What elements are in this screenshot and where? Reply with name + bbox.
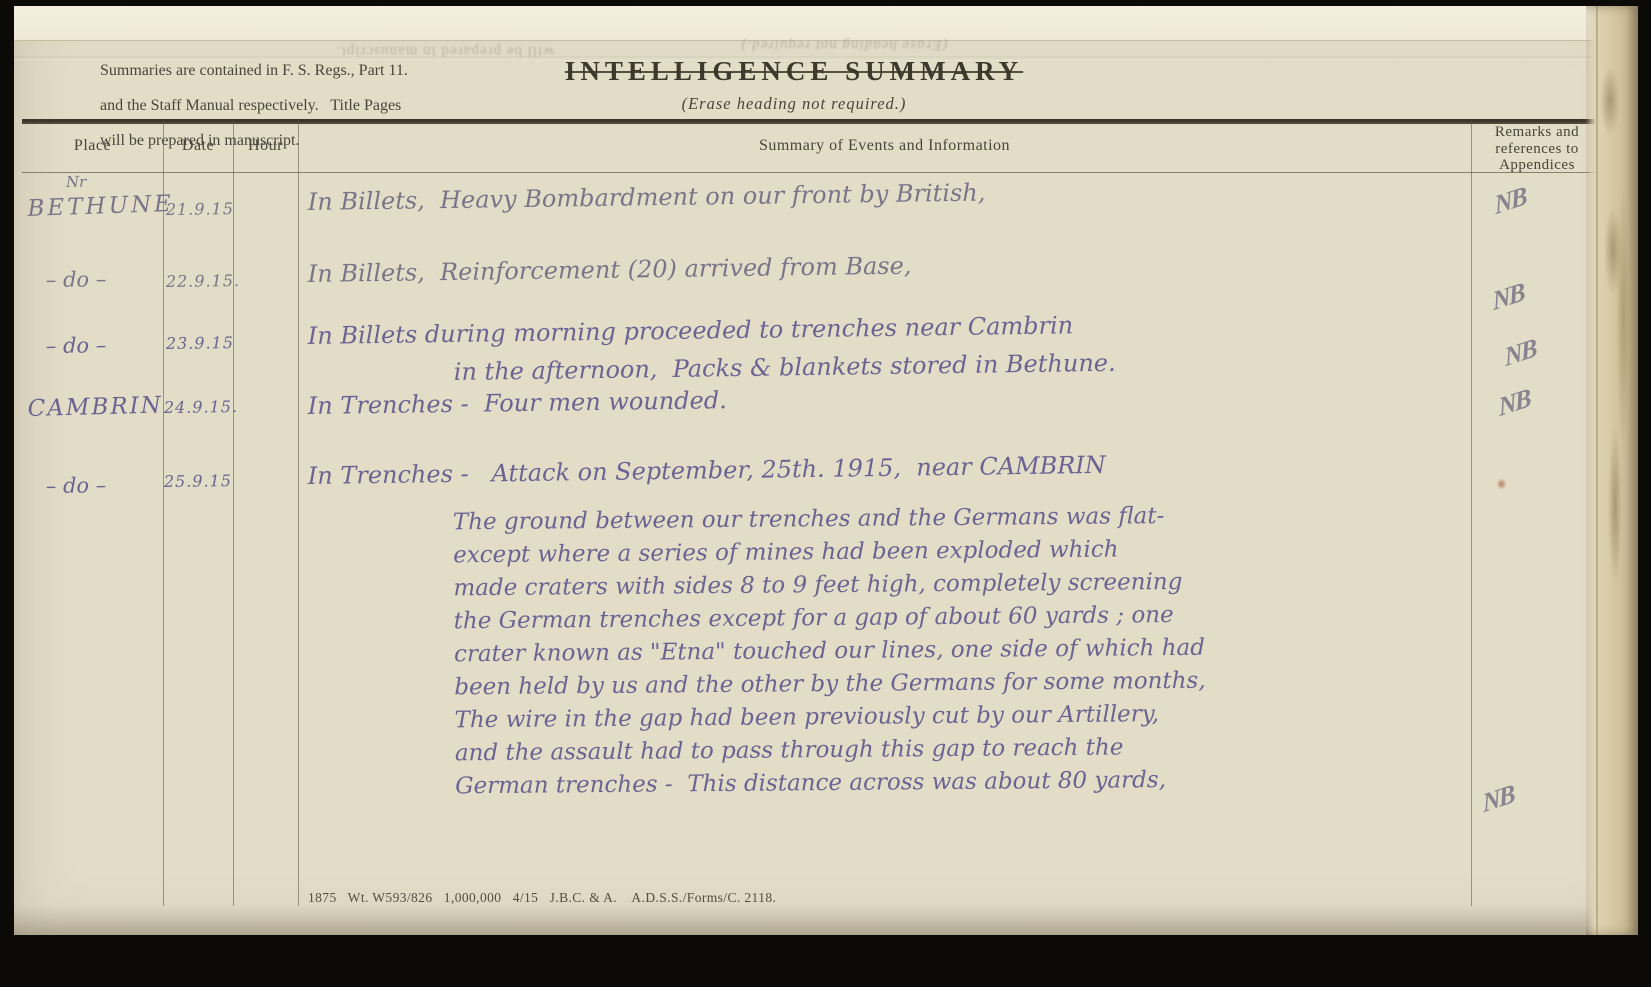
form-subtitle: (Erase heading not required.) (494, 94, 1094, 114)
column-header-summary: Summary of Events and Information (298, 137, 1471, 155)
entry-date: 22.9.15. (166, 271, 240, 291)
table-column-divider (1471, 120, 1472, 906)
page-bottom-shadow (14, 905, 1638, 935)
column-header-place: Place (22, 137, 163, 155)
table-top-rule (22, 119, 1600, 124)
entry-initials: NB (1497, 383, 1531, 423)
remarks-header-line: references to (1495, 141, 1579, 157)
entry-summary: In Trenches - Four men wounded. (308, 386, 727, 420)
form-imprint: 1875 Wt. W593/826 1,000,000 4/15 J.B.C. … (308, 890, 776, 906)
entry-summary: in the afternoon, Packs & blankets store… (454, 349, 1116, 386)
entry-initials: NB (1503, 333, 1537, 373)
entry-place: – do – (46, 333, 107, 358)
table-header-rule (22, 172, 1600, 173)
table-column-divider (163, 120, 164, 906)
ghost-print-through: (Erase heading not required.) (714, 36, 974, 53)
entry-narrative: The ground between our trenches and the … (453, 498, 1446, 804)
entry-date: 23.9.15 (166, 333, 234, 353)
entry-summary: In Billets during morning proceeded to t… (308, 311, 1074, 350)
column-header-remarks: Remarks and references to Appendices (1471, 124, 1603, 174)
entry-place: – do – (46, 267, 107, 292)
table-column-divider (298, 120, 299, 906)
paper-tear (1600, 66, 1620, 136)
entry-initials: NB (1491, 277, 1525, 317)
column-header-date: Date (163, 137, 233, 155)
entry-initials: NB (1481, 779, 1515, 819)
document-page: (Erase heading not required.) will be pr… (14, 6, 1638, 935)
entry-summary: In Trenches - Attack on September, 25th.… (308, 451, 1106, 490)
remarks-header-line: Remarks and (1495, 124, 1579, 140)
column-header-hour: Hour (233, 137, 298, 155)
paper-tear (1604, 206, 1622, 296)
entry-summary: In Billets, Heavy Bombardment on our fro… (308, 179, 986, 216)
entry-initials: NB (1493, 181, 1527, 221)
entry-place: – do – (46, 473, 107, 498)
entry-date: 21.9.15 (166, 199, 234, 219)
entry-summary: In Billets, Reinforcement (20) arrived f… (308, 252, 912, 288)
form-title: INTELLIGENCE SUMMARY (494, 56, 1094, 87)
entry-place: CAMBRIN (27, 392, 163, 422)
paper-stain (1497, 478, 1506, 490)
instruction-line: and the Staff Manual respectively. Title… (100, 97, 401, 114)
instruction-line: Summaries are contained in F. S. Regs., … (100, 62, 408, 79)
entry-date: 24.9.15. (164, 397, 238, 417)
entry-place-prefix: Nr (66, 173, 87, 191)
table-column-divider (233, 120, 234, 906)
paper-tear (1608, 426, 1622, 586)
remarks-header-line: Appendices (1499, 157, 1575, 173)
entry-place: BETHUNE (27, 191, 174, 222)
entry-date: 25.9.15 (164, 471, 232, 491)
page-binding-edge (1586, 6, 1638, 935)
